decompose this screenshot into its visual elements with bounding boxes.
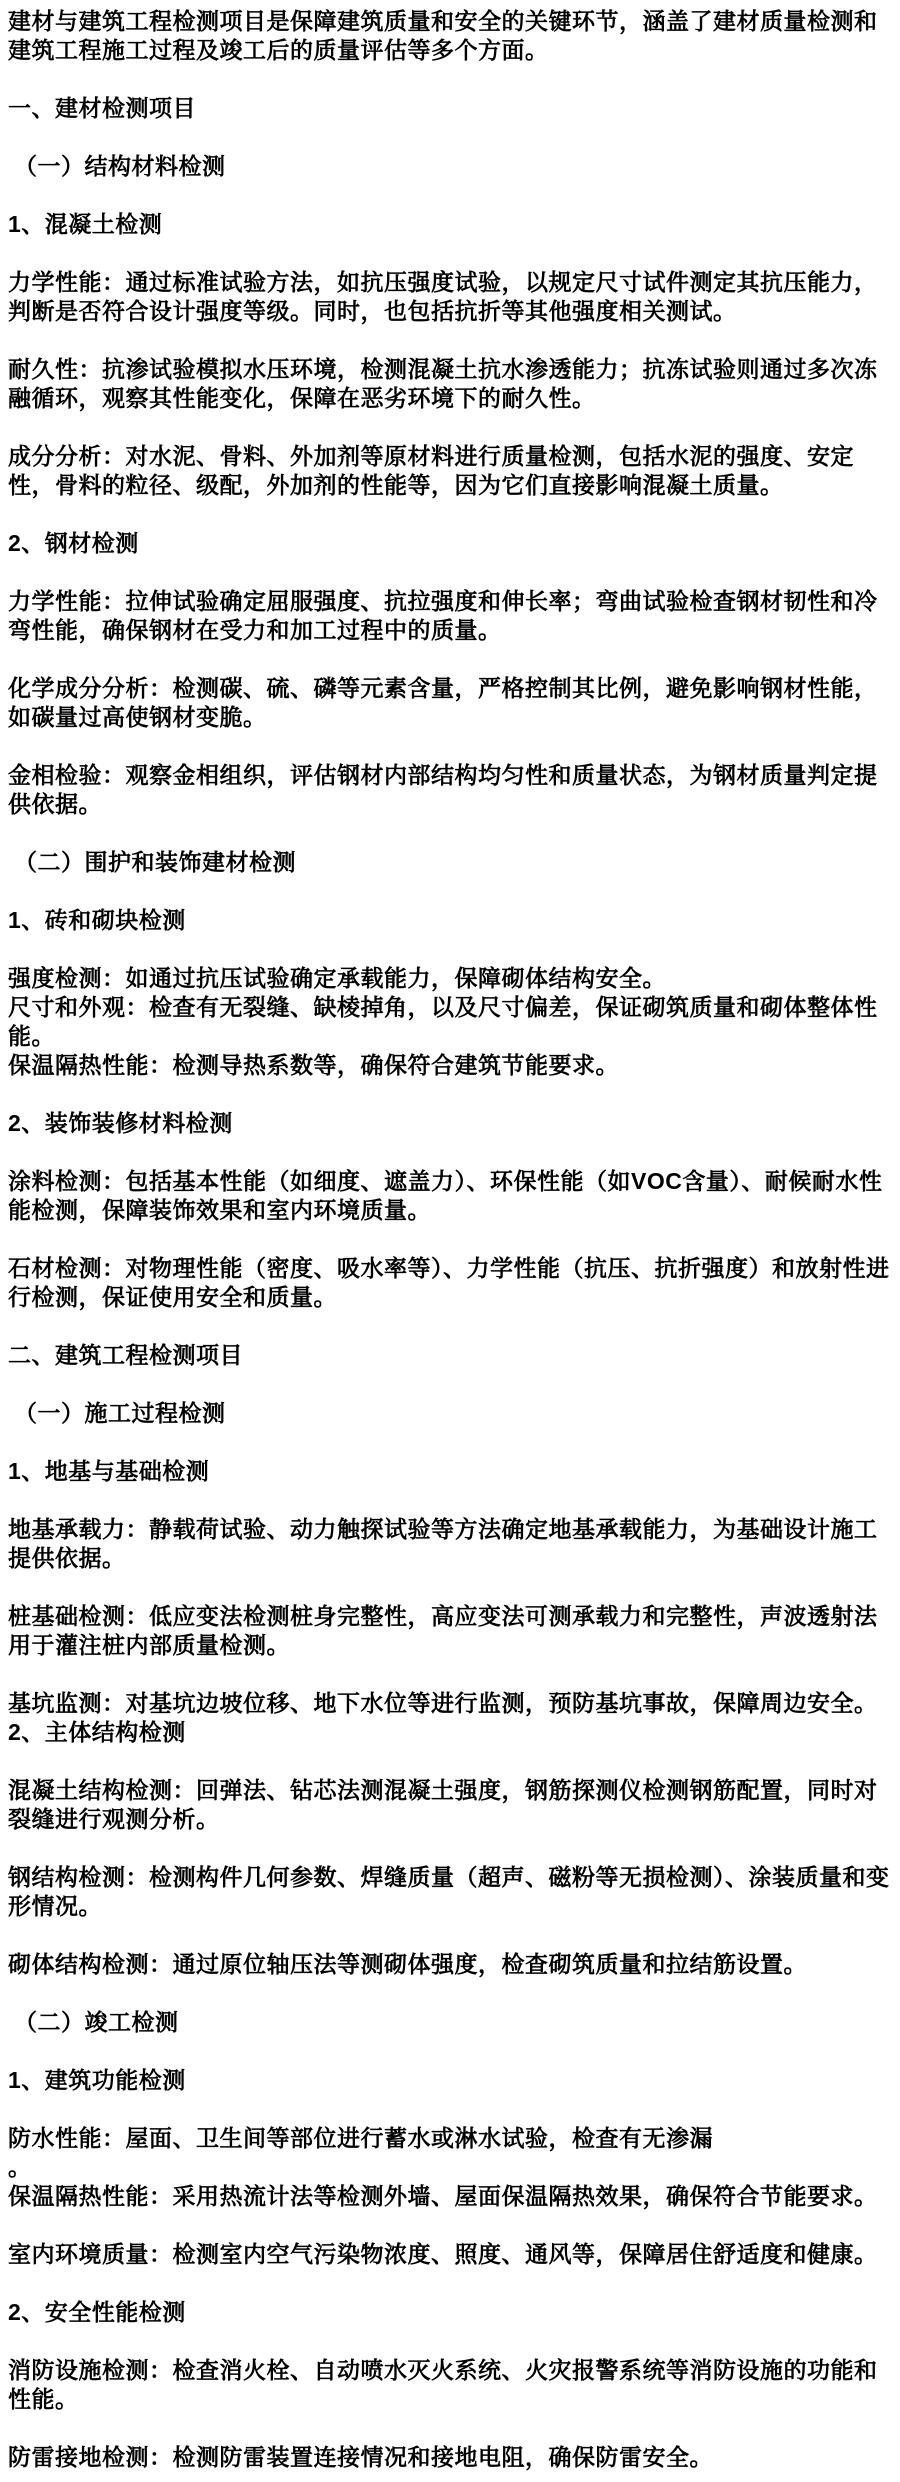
paragraph-metallographic: 金相检验：观察金相组织，评估钢材内部结构均匀性和质量状态，为钢材质量判定提供依据… [8, 761, 892, 819]
text-line: 。 [8, 2153, 892, 2182]
heading-item-steel: 2、钢材检测 [8, 529, 892, 558]
text-line: 防雷接地检测：检测防雷装置连接情况和接地电阻，确保防雷安全。 [8, 2443, 892, 2472]
paragraph-chemical-analysis: 化学成分分析：检测碳、硫、磷等元素含量，严格控制其比例，避免影响钢材性能，如碳量… [8, 674, 892, 732]
text-line: 地基承载力：静载荷试验、动力触探试验等方法确定地基承载能力，为基础设计施工提供依… [8, 1515, 892, 1573]
text-line: 1、砖和砌块检测 [8, 906, 892, 935]
paragraph-fire-facilities: 消防设施检测：检查消火栓、自动喷水灭火系统、火灾报警系统等消防设施的功能和性能。 [8, 2356, 892, 2414]
text-line: 化学成分分析：检测碳、硫、磷等元素含量，严格控制其比例，避免影响钢材性能，如碳量… [8, 674, 892, 732]
paragraph-waterproof-insulation: 防水性能：屋面、卫生间等部位进行蓄水或淋水试验，检查有无渗漏。保温隔热性能：采用… [8, 2124, 892, 2211]
text-line: 涂料检测：包括基本性能（如细度、遮盖力）、环保性能（如VOC含量）、耐候耐水性能… [8, 1167, 892, 1225]
heading-subsection-2-2: （二）竣工检测 [8, 2008, 892, 2037]
paragraph-coating-test: 涂料检测：包括基本性能（如细度、遮盖力）、环保性能（如VOC含量）、耐候耐水性能… [8, 1167, 892, 1225]
text-line: （一）结构材料检测 [14, 152, 892, 181]
text-line: 钢结构检测：检测构件几何参数、焊缝质量（超声、磁粉等无损检测）、涂装质量和变形情… [8, 1863, 892, 1921]
text-line: 消防设施检测：检查消火栓、自动喷水灭火系统、火灾报警系统等消防设施的功能和性能。 [8, 2356, 892, 2414]
heading-item-concrete: 1、混凝土检测 [8, 210, 892, 239]
text-line: 桩基础检测：低应变法检测桩身完整性，高应变法可测承载力和完整性，声波透射法用于灌… [8, 1602, 892, 1660]
paragraph-brick-tests: 强度检测：如通过抗压试验确定承载能力，保障砌体结构安全。尺寸和外观：检查有无裂缝… [8, 964, 892, 1080]
heading-item-building-function: 1、建筑功能检测 [8, 2066, 892, 2095]
text-line: （一）施工过程检测 [14, 1399, 892, 1428]
text-line: 金相检验：观察金相组织，评估钢材内部结构均匀性和质量状态，为钢材质量判定提供依据… [8, 761, 892, 819]
text-line: 强度检测：如通过抗压试验确定承载能力，保障砌体结构安全。 [8, 964, 892, 993]
heading-item-safety: 2、安全性能检测 [8, 2298, 892, 2327]
paragraph-durability: 耐久性：抗渗试验模拟水压环境，检测混凝土抗水渗透能力；抗冻试验则通过多次冻融循环… [8, 355, 892, 413]
paragraph-indoor-environment: 室内环境质量：检测室内空气污染物浓度、照度、通风等，保障居住舒适度和健康。 [8, 2240, 892, 2269]
text-line: 力学性能：拉伸试验确定屈服强度、抗拉强度和伸长率；弯曲试验检查钢材韧性和冷弯性能… [8, 587, 892, 645]
text-line: （二）围护和装饰建材检测 [14, 848, 892, 877]
text-line: 尺寸和外观：检查有无裂缝、缺棱掉角，以及尺寸偏差，保证砌筑质量和砌体整体性能。 [8, 993, 892, 1051]
heading-subsection-2-1: （一）施工过程检测 [8, 1399, 892, 1428]
text-line: 建材与建筑工程检测项目是保障建筑质量和安全的关键环节，涵盖了建材质量检测和建筑工… [8, 7, 892, 65]
text-line: 混凝土结构检测：回弹法、钻芯法测混凝土强度，钢筋探测仪检测钢筋配置，同时对裂缝进… [8, 1776, 892, 1834]
text-line: 基坑监测：对基坑边坡位移、地下水位等进行监测，预防基坑事故，保障周边安全。 [8, 1689, 892, 1718]
heading-section-2: 二、建筑工程检测项目 [8, 1341, 892, 1370]
heading-section-1: 一、建材检测项目 [8, 94, 892, 123]
text-line: 成分分析：对水泥、骨料、外加剂等原材料进行质量检测，包括水泥的强度、安定性，骨料… [8, 442, 892, 500]
text-line: 1、混凝土检测 [8, 210, 892, 239]
text-line: 1、建筑功能检测 [8, 2066, 892, 2095]
text-line: 石材检测：对物理性能（密度、吸水率等）、力学性能（抗压、抗折强度）和放射性进行检… [8, 1254, 892, 1312]
heading-item-decoration: 2、装饰装修材料检测 [8, 1109, 892, 1138]
text-line: 室内环境质量：检测室内空气污染物浓度、照度、通风等，保障居住舒适度和健康。 [8, 2240, 892, 2269]
text-line: 防水性能：屋面、卫生间等部位进行蓄水或淋水试验，检查有无渗漏 [8, 2124, 892, 2153]
paragraph-steel-structure: 钢结构检测：检测构件几何参数、焊缝质量（超声、磁粉等无损检测）、涂装质量和变形情… [8, 1863, 892, 1921]
text-line: 1、地基与基础检测 [8, 1457, 892, 1486]
heading-subsection-1-1: （一）结构材料检测 [8, 152, 892, 181]
text-line: 力学性能：通过标准试验方法，如抗压强度试验，以规定尺寸试件测定其抗压能力，判断是… [8, 268, 892, 326]
paragraph-mechanical-concrete: 力学性能：通过标准试验方法，如抗压强度试验，以规定尺寸试件测定其抗压能力，判断是… [8, 268, 892, 326]
text-line: 二、建筑工程检测项目 [8, 1341, 892, 1370]
document-body: 建材与建筑工程检测项目是保障建筑质量和安全的关键环节，涵盖了建材质量检测和建筑工… [0, 0, 900, 2482]
intro-paragraph: 建材与建筑工程检测项目是保障建筑质量和安全的关键环节，涵盖了建材质量检测和建筑工… [8, 7, 892, 65]
text-line: （二）竣工检测 [14, 2008, 892, 2037]
text-line: 2、主体结构检测 [8, 1718, 892, 1747]
text-line: 2、安全性能检测 [8, 2298, 892, 2327]
paragraph-pit-monitoring: 基坑监测：对基坑边坡位移、地下水位等进行监测，预防基坑事故，保障周边安全。2、主… [8, 1689, 892, 1747]
heading-item-brick: 1、砖和砌块检测 [8, 906, 892, 935]
text-line: 砌体结构检测：通过原位轴压法等测砌体强度，检查砌筑质量和拉结筋设置。 [8, 1950, 892, 1979]
paragraph-masonry-structure: 砌体结构检测：通过原位轴压法等测砌体强度，检查砌筑质量和拉结筋设置。 [8, 1950, 892, 1979]
text-line: 保温隔热性能：检测导热系数等，确保符合建筑节能要求。 [8, 1051, 892, 1080]
text-line: 耐久性：抗渗试验模拟水压环境，检测混凝土抗水渗透能力；抗冻试验则通过多次冻融循环… [8, 355, 892, 413]
heading-item-foundation: 1、地基与基础检测 [8, 1457, 892, 1486]
heading-subsection-1-2: （二）围护和装饰建材检测 [8, 848, 892, 877]
text-line: 2、钢材检测 [8, 529, 892, 558]
text-line: 保温隔热性能：采用热流计法等检测外墙、屋面保温隔热效果，确保符合节能要求。 [8, 2182, 892, 2211]
paragraph-bearing-capacity: 地基承载力：静载荷试验、动力触探试验等方法确定地基承载能力，为基础设计施工提供依… [8, 1515, 892, 1573]
paragraph-lightning-protection: 防雷接地检测：检测防雷装置连接情况和接地电阻，确保防雷安全。 [8, 2443, 892, 2472]
text-line: 2、装饰装修材料检测 [8, 1109, 892, 1138]
paragraph-concrete-structure: 混凝土结构检测：回弹法、钻芯法测混凝土强度，钢筋探测仪检测钢筋配置，同时对裂缝进… [8, 1776, 892, 1834]
text-line: 一、建材检测项目 [8, 94, 892, 123]
paragraph-mechanical-steel: 力学性能：拉伸试验确定屈服强度、抗拉强度和伸长率；弯曲试验检查钢材韧性和冷弯性能… [8, 587, 892, 645]
paragraph-stone-test: 石材检测：对物理性能（密度、吸水率等）、力学性能（抗压、抗折强度）和放射性进行检… [8, 1254, 892, 1312]
paragraph-composition-analysis: 成分分析：对水泥、骨料、外加剂等原材料进行质量检测，包括水泥的强度、安定性，骨料… [8, 442, 892, 500]
paragraph-pile-foundation: 桩基础检测：低应变法检测桩身完整性，高应变法可测承载力和完整性，声波透射法用于灌… [8, 1602, 892, 1660]
